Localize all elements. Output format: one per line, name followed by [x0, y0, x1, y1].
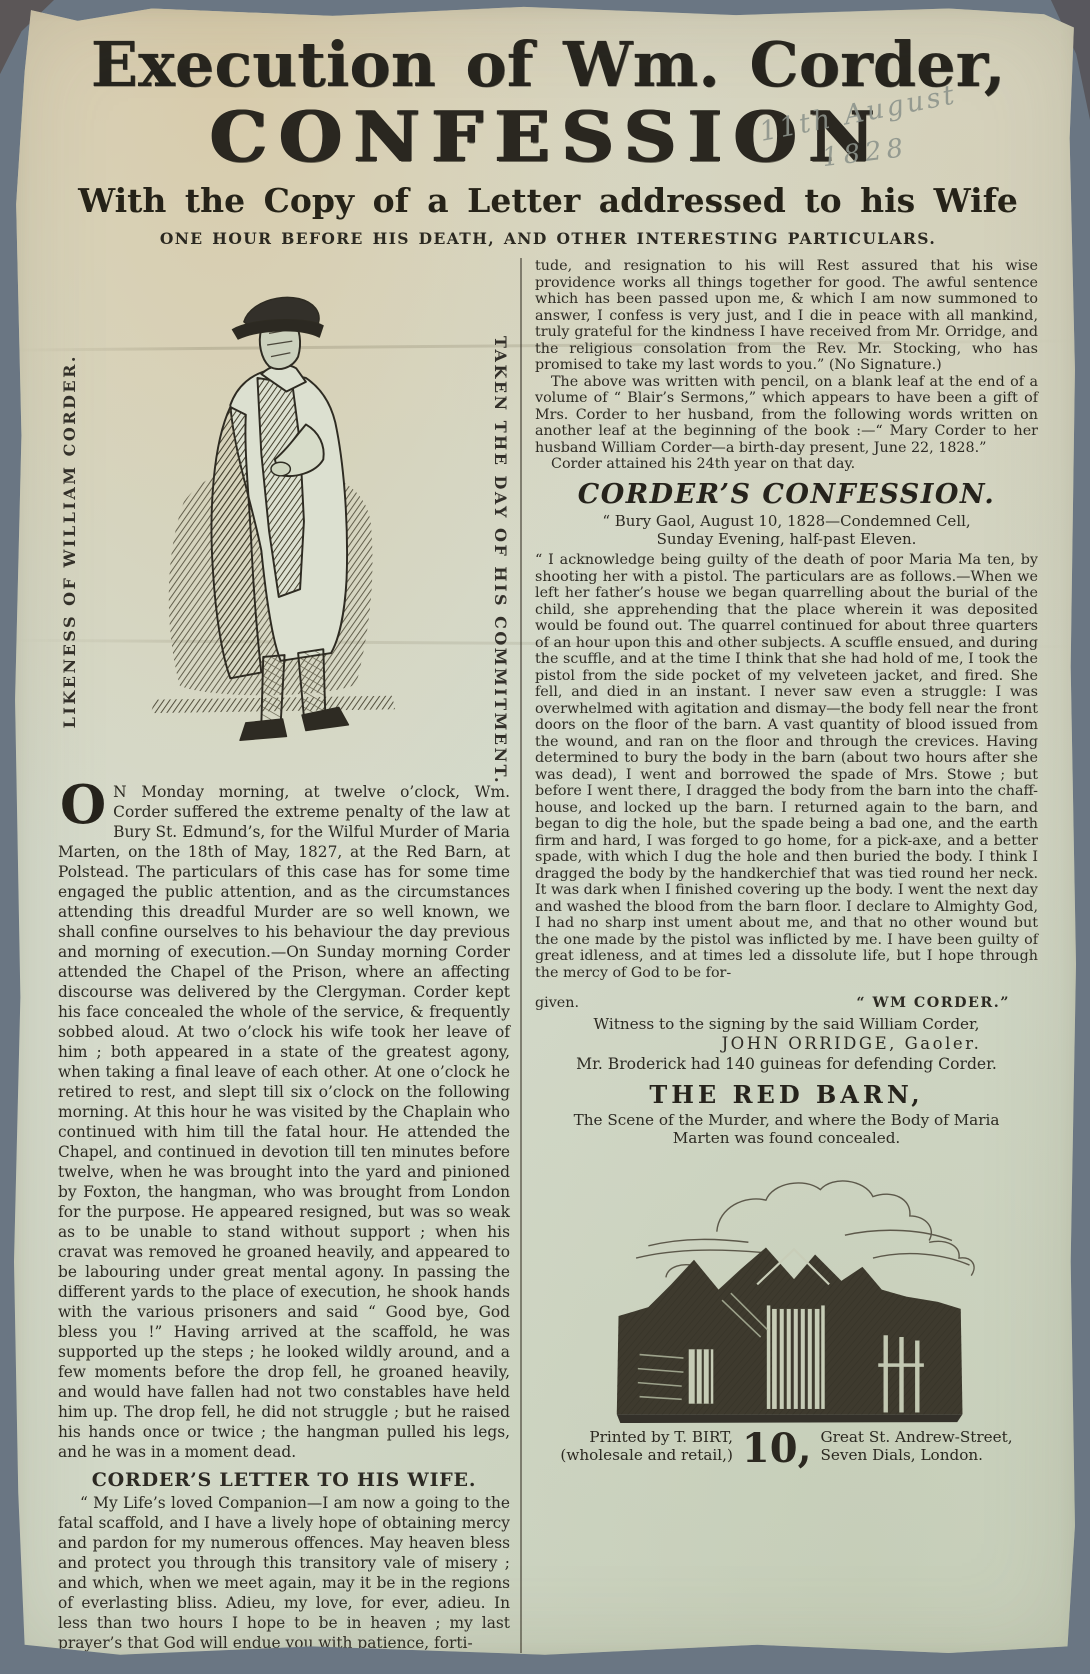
cloud-outlines [636, 1181, 974, 1277]
imprint-address-line2: Seven Dials, London. [821, 1446, 1013, 1464]
masthead-confession: CONFESSION [58, 103, 1038, 172]
two-column-body: LIKENESS OF WILLIAM CORDER. TAKEN THE DA… [58, 258, 1038, 1653]
imprint-address: Great St. Andrew-Street, Seven Dials, Lo… [821, 1428, 1013, 1464]
lead-paragraph: ON Monday morning, at twelve o’clock, Wm… [58, 782, 510, 1462]
witness-line: Witness to the signing by the said Willi… [535, 1015, 1038, 1033]
red-barn-engraving [575, 1151, 999, 1423]
corder-portrait-engraving [116, 264, 426, 769]
printer-imprint: Printed by T. BIRT, (wholesale and retai… [535, 1425, 1038, 1467]
confession-dateline-2: Sunday Evening, half-past Eleven. [535, 531, 1038, 549]
blair-sermons-paragraph: The above was written with pencil, on a … [535, 374, 1038, 457]
confession-final-line: given. “ WM CORDER.” [535, 995, 1038, 1012]
imprint-street-number: 10, [742, 1425, 812, 1467]
letter-continuation-paragraph: tude, and resignation to his will Rest a… [535, 258, 1038, 374]
red-barn-caption-line1: The Scene of the Murder, and where the B… [535, 1111, 1038, 1129]
left-column: LIKENESS OF WILLIAM CORDER. TAKEN THE DA… [58, 258, 510, 1653]
broderick-line: Mr. Broderick had 140 guineas for defend… [535, 1055, 1038, 1073]
masthead-title: Execution of Wm. Corder, [58, 32, 1038, 97]
masthead-tagline: ONE HOUR BEFORE HIS DEATH, AND OTHER INT… [58, 229, 1038, 248]
red-barn-caption: The Scene of the Murder, and where the B… [535, 1111, 1038, 1147]
gaoler-line: JOHN ORRIDGE, Gaoler. [535, 1034, 1038, 1053]
masthead-subtitle: With the Copy of a Letter addressed to h… [58, 181, 1038, 220]
confession-heading: CORDER’S CONFESSION. [535, 479, 1038, 510]
imprint-address-line1: Great St. Andrew-Street, [821, 1428, 1013, 1446]
red-barn-heading: THE RED BARN, [535, 1080, 1038, 1109]
imprint-printer-line2: (wholesale and retail,) [560, 1446, 732, 1464]
portrait-caption-right: TAKEN THE DAY OF HIS COMMITMENT. [491, 336, 510, 785]
confession-paragraph: “ I acknowledge being guilty of the deat… [535, 552, 1038, 981]
fence-posts [878, 1335, 924, 1412]
red-barn-caption-line2: Marten was found concealed. [535, 1129, 1038, 1147]
broadside-content: Execution of Wm. Corder, CONFESSION 11th… [14, 6, 1076, 1658]
photograph-background: Execution of Wm. Corder, CONFESSION 11th… [0, 0, 1090, 1674]
birthday-line: Corder attained his 24th year on that da… [535, 456, 1038, 473]
broadside-paper: Execution of Wm. Corder, CONFESSION 11th… [14, 6, 1076, 1658]
portrait-caption-left: LIKENESS OF WILLIAM CORDER. [60, 354, 79, 728]
right-column: tude, and resignation to his will Rest a… [520, 258, 1038, 1653]
confession-last-word: given. [535, 995, 579, 1012]
letter-paragraph: “ My Life’s loved Companion—I am now a g… [58, 1493, 510, 1653]
letter-heading: CORDER’S LETTER TO HIS WIFE. [58, 1469, 510, 1491]
confession-dateline-1: “ Bury Gaol, August 10, 1828—Condemned C… [535, 513, 1038, 531]
drop-cap: O [58, 782, 113, 825]
imprint-printer: Printed by T. BIRT, (wholesale and retai… [560, 1428, 732, 1464]
portrait-block: LIKENESS OF WILLIAM CORDER. TAKEN THE DA… [58, 258, 510, 778]
lead-paragraph-text: N Monday morning, at twelve o’clock, Wm.… [58, 783, 510, 1461]
corder-signature: “ WM CORDER.” [856, 995, 1010, 1012]
imprint-printer-line1: Printed by T. BIRT, [560, 1428, 732, 1446]
